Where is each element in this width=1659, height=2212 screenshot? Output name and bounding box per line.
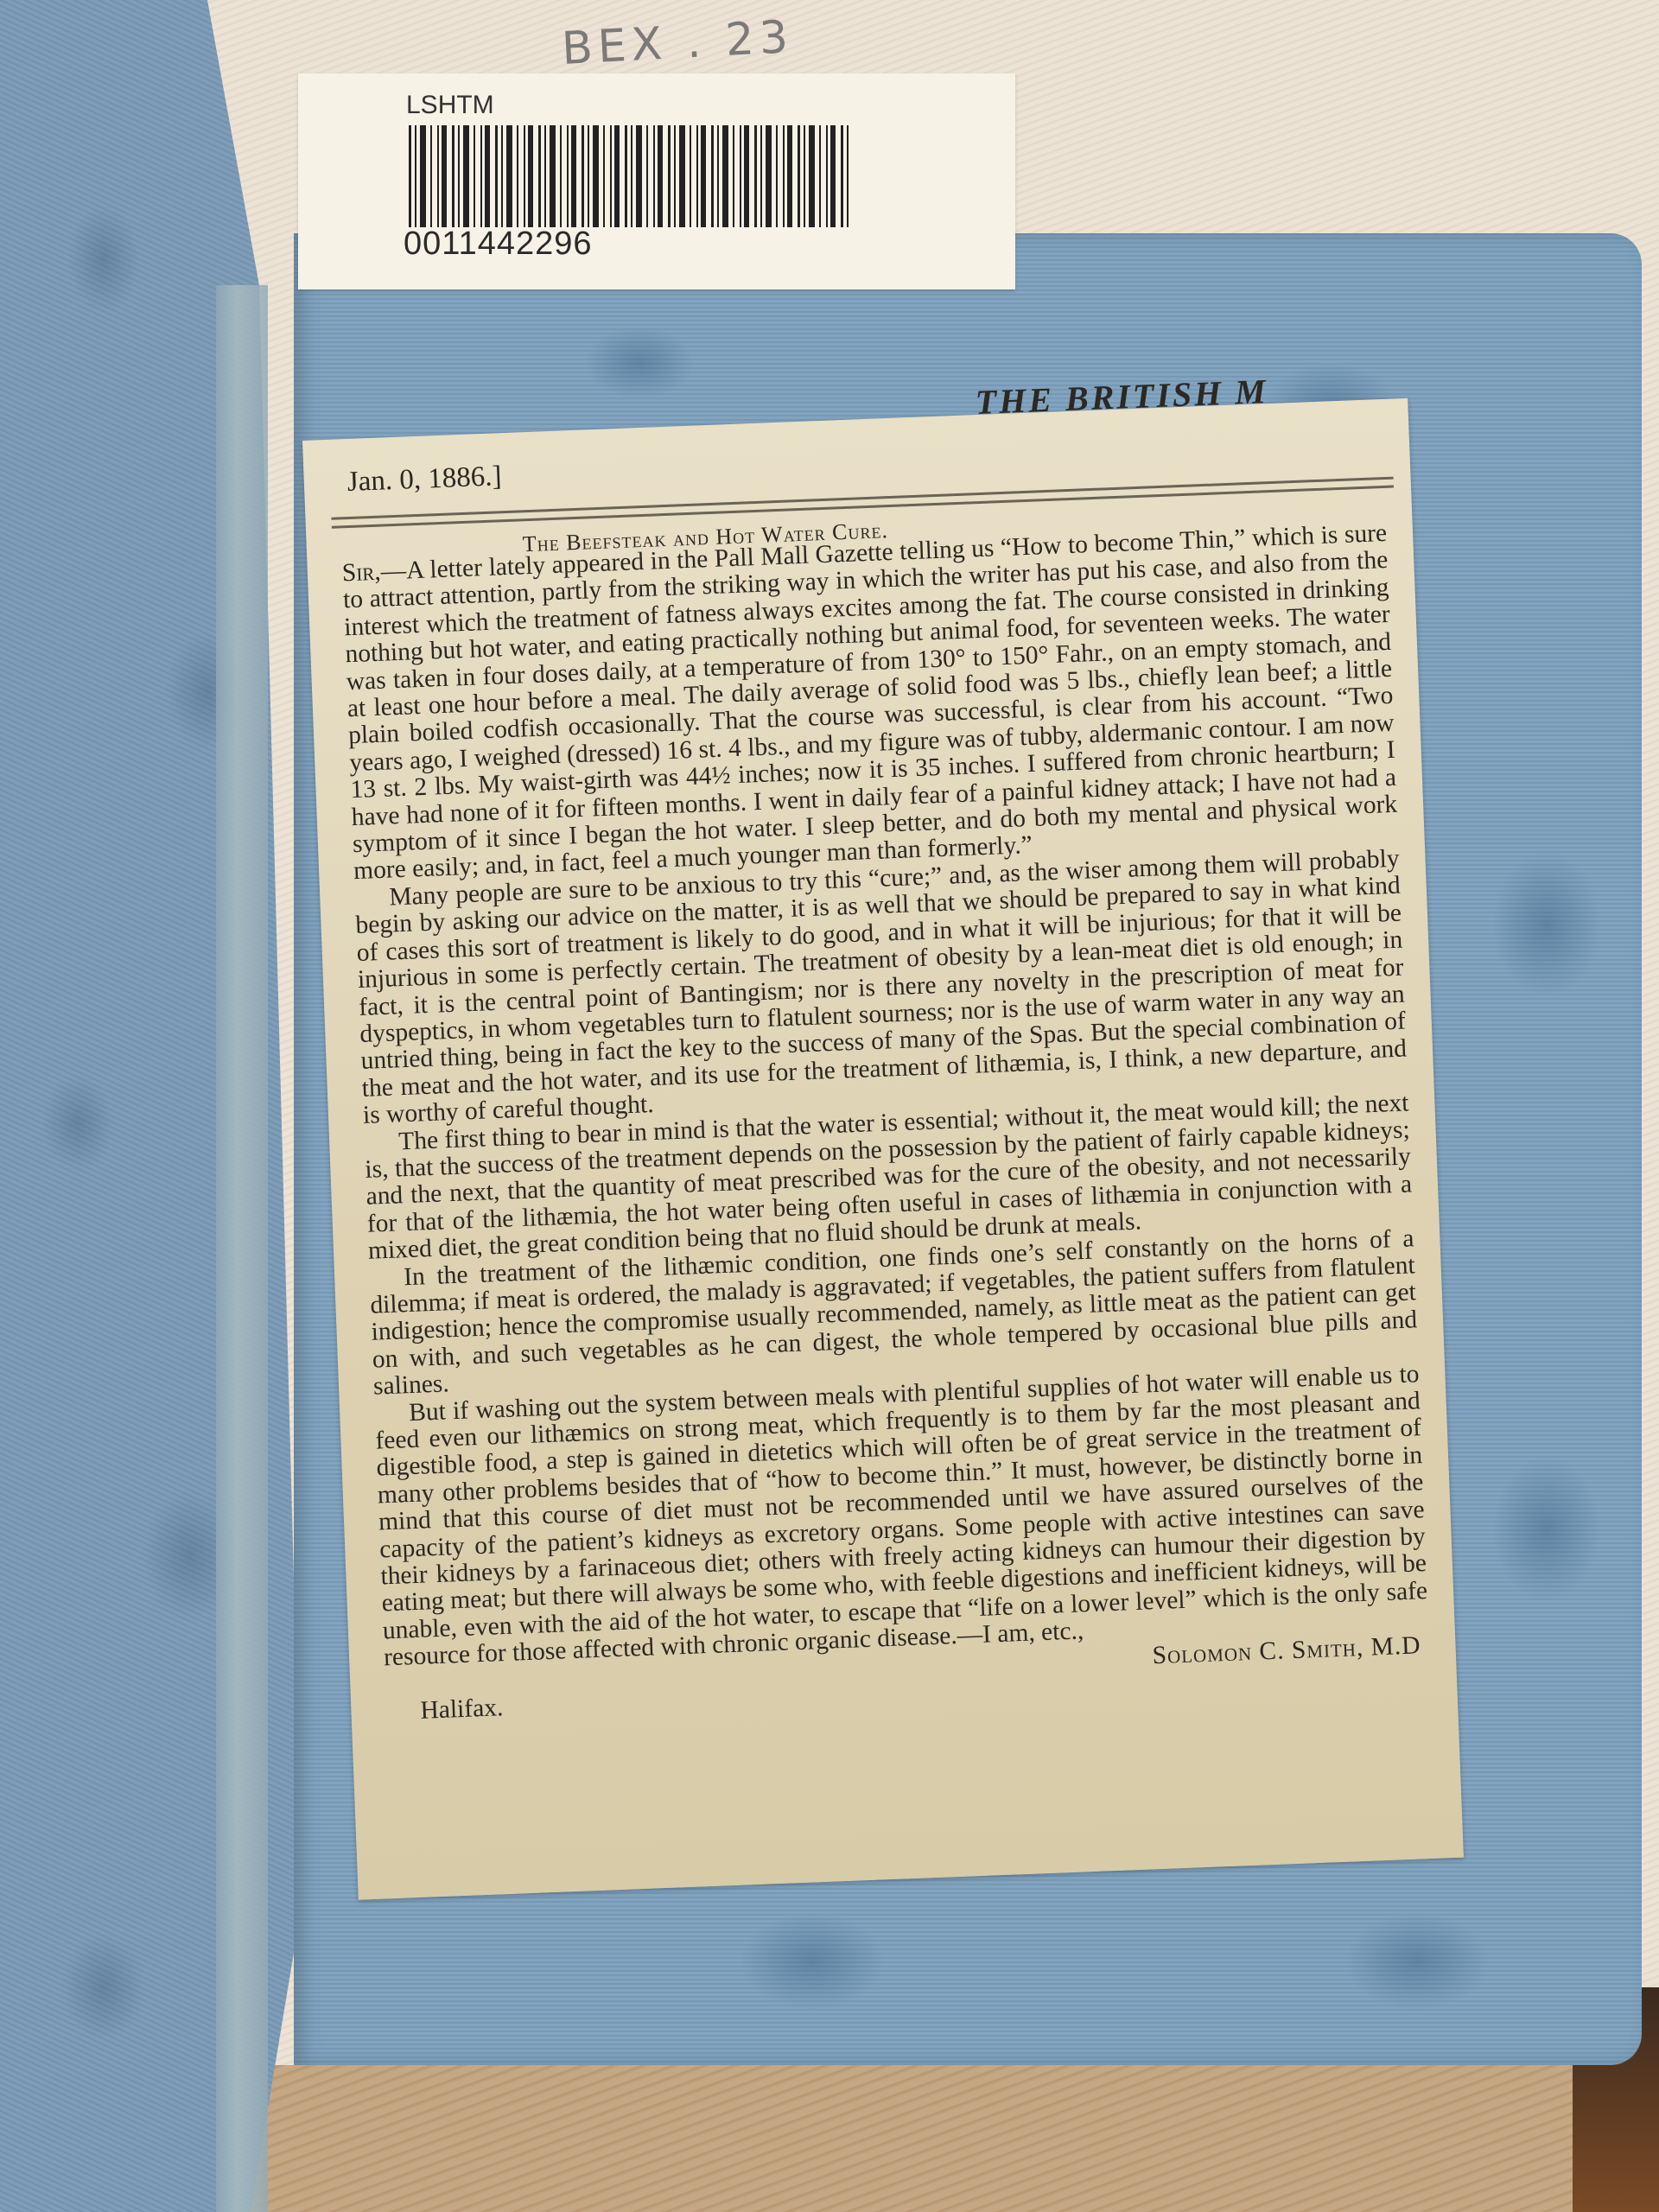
paragraph: Many people are sure to be anxious to tr…: [354, 846, 1408, 1130]
salutation: Sir,: [341, 558, 381, 588]
newspaper-clipping: THE BRITISH M Jan. 0, 1886.] The Beefste…: [302, 398, 1464, 1900]
book-gutter: [216, 285, 268, 2212]
issue-date: Jan. 0, 1886.]: [346, 461, 502, 499]
barcode-icon: [409, 125, 849, 227]
paragraph-text: —A letter lately appeared in the Pall Ma…: [343, 519, 1398, 886]
paragraph: Sir,—A letter lately appeared in the Pal…: [341, 520, 1399, 886]
library-barcode-label: LSHTM 0011442296: [298, 73, 1015, 289]
table-edge: [138, 2065, 1659, 2212]
article-body: Sir,—A letter lately appeared in the Pal…: [341, 520, 1431, 1726]
paragraph: But if washing out the system between me…: [374, 1361, 1429, 1672]
barcode-number: 0011442296: [404, 226, 593, 263]
label-organization: LSHTM: [406, 91, 494, 120]
